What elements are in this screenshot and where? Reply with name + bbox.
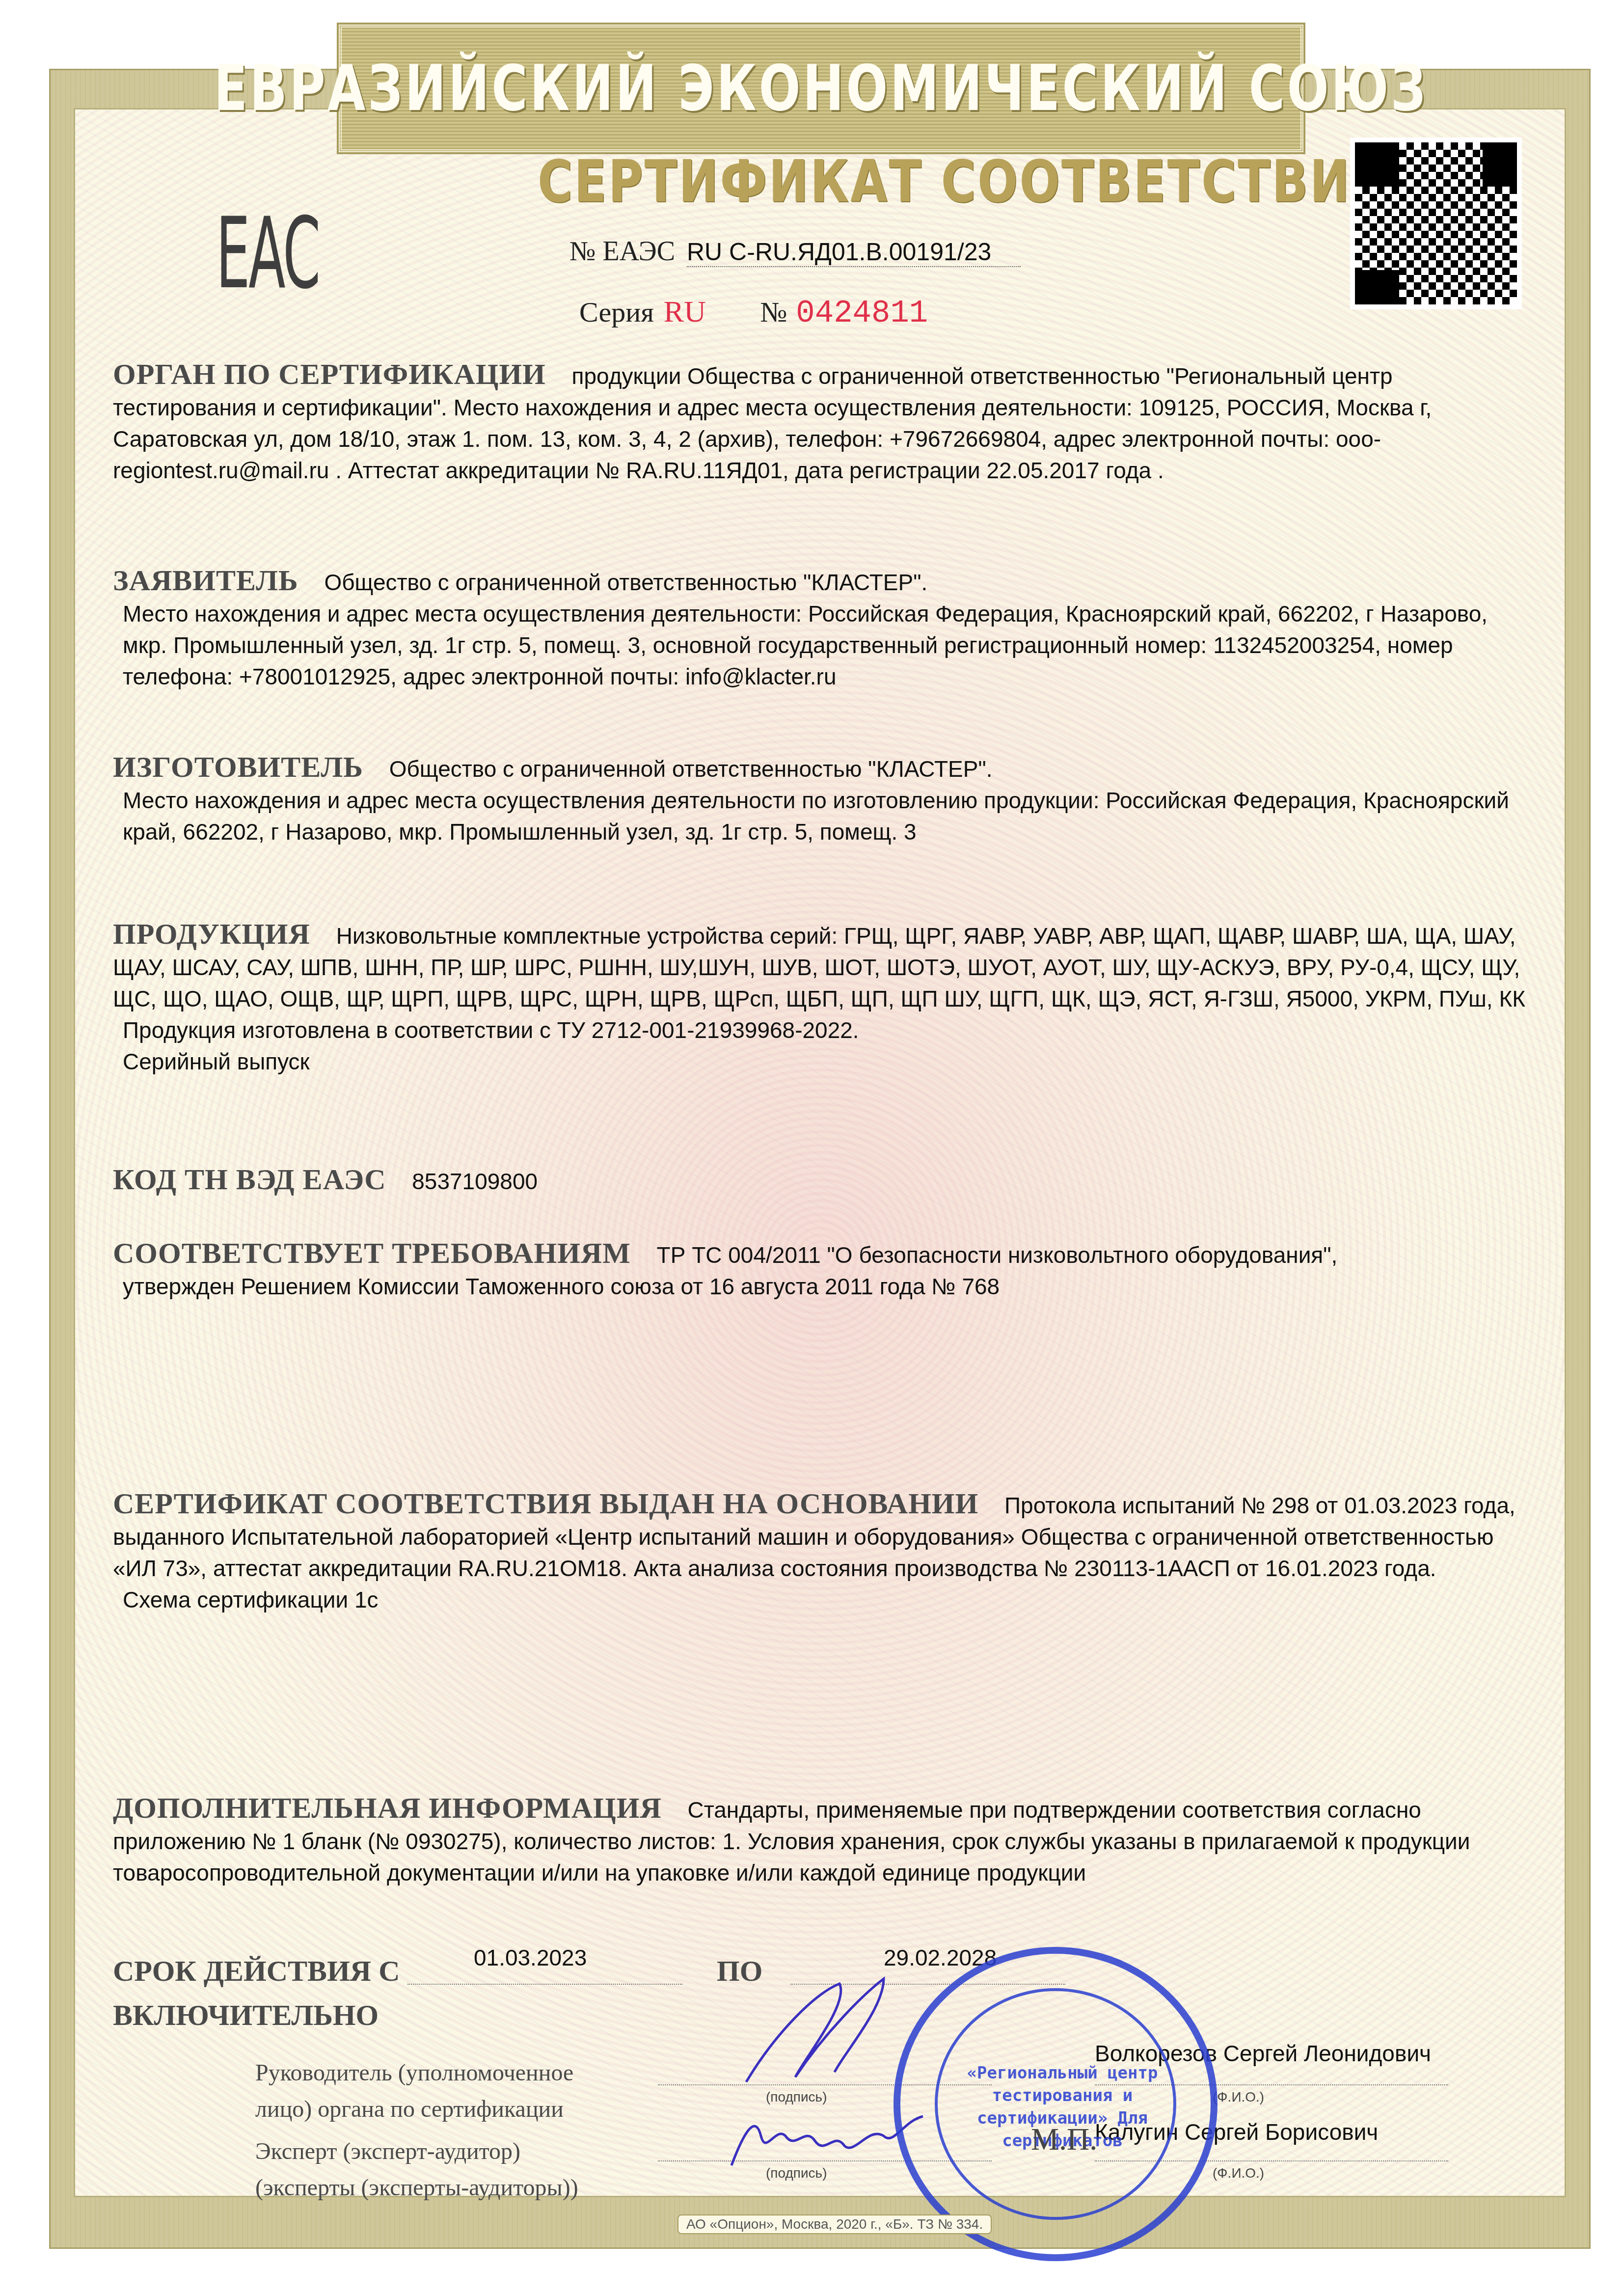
product-release: Серийный выпуск [113, 1046, 1527, 1077]
section-heading: КОД ТН ВЭД ЕАЭС [113, 1163, 386, 1196]
validity-inclusive-label: ВКЛЮЧИТЕЛЬНО [113, 1998, 379, 2032]
section-heading: ЗАЯВИТЕЛЬ [113, 564, 298, 597]
series-row: Серия RU № 0424811 [579, 295, 928, 331]
validity-from-label: СРОК ДЕЙСТВИЯ С [113, 1954, 400, 1988]
certificate-number: № ЕАЭС RU C-RU.ЯД01.В.00191/23 [569, 236, 1021, 267]
section-additional-info: ДОПОЛНИТЕЛЬНАЯ ИНФОРМАЦИЯ Стандарты, при… [113, 1792, 1527, 1888]
number-value: RU C-RU.ЯД01.В.00191/23 [687, 238, 1021, 267]
fio-caption: (Ф.И.О.) [1213, 2165, 1264, 2181]
series-label: Серия [579, 296, 654, 328]
union-banner: ЕВРАЗИЙСКИЙ ЭКОНОМИЧЕСКИЙ СОЮЗ [339, 25, 1303, 152]
section-applicant: ЗАЯВИТЕЛЬ Общество с ограниченной ответс… [113, 565, 1527, 692]
section-text: ТР ТС 004/2011 "О безопасности низковоль… [657, 1242, 1338, 1268]
expert-signatory-label: Эксперт (эксперт-аудитор) (эксперты (экс… [255, 2133, 578, 2206]
section-heading: ДОПОЛНИТЕЛЬНАЯ ИНФОРМАЦИЯ [113, 1792, 662, 1824]
validity-from-date: 01.03.2023 [474, 1944, 587, 1971]
serial-label: № [760, 296, 787, 328]
section-certification-body: ОРГАН ПО СЕРТИФИКАЦИИ продукции Общества… [113, 358, 1527, 486]
certificate-title: СЕРТИФИКАТ СООТВЕТСТВИЯ [538, 147, 1141, 215]
section-details: Место нахождения и адрес места осуществл… [113, 785, 1527, 847]
union-name: ЕВРАЗИЙСКИЙ ЭКОНОМИЧЕСКИЙ СОЮЗ [214, 52, 1428, 125]
fio-caption: (Ф.И.О.) [1213, 2089, 1264, 2105]
signature-caption: (подпись) [766, 2089, 827, 2105]
product-conformity: Продукция изготовлена в соответствии с Т… [113, 1014, 1527, 1046]
section-heading: ПРОДУКЦИЯ [113, 918, 310, 950]
certification-scheme: Схема сертификации 1с [113, 1584, 1527, 1615]
section-heading: СООТВЕТСТВУЕТ ТРЕБОВАНИЯМ [113, 1237, 631, 1269]
section-text: Низковольтные комплектные устройства сер… [113, 923, 1525, 1011]
section-heading: ИЗГОТОВИТЕЛЬ [113, 751, 363, 783]
validity-from-line [407, 1984, 682, 1985]
section-product: ПРОДУКЦИЯ Низковольтные комплектные устр… [113, 918, 1527, 1077]
qr-code-icon[interactable] [1350, 137, 1522, 309]
section-requirements: СООТВЕТСТВУЕТ ТРЕБОВАНИЯМ ТР ТС 004/2011… [113, 1237, 1527, 1302]
section-basis: СЕРТИФИКАТ СООТВЕТСТВИЯ ВЫДАН НА ОСНОВАН… [113, 1488, 1527, 1615]
section-details: Место нахождения и адрес места осуществл… [113, 598, 1527, 692]
section-heading: ОРГАН ПО СЕРТИФИКАЦИИ [113, 358, 546, 390]
section-manufacturer: ИЗГОТОВИТЕЛЬ Общество с ограниченной отв… [113, 751, 1527, 847]
seal-place-label: М.П. [1031, 2121, 1097, 2158]
section-details: утвержден Решением Комиссии Таможенного … [113, 1271, 1527, 1302]
section-heading: СЕРТИФИКАТ СООТВЕТСТВИЯ ВЫДАН НА ОСНОВАН… [113, 1487, 978, 1520]
eac-mark-icon: EAC [216, 196, 319, 311]
section-text: Общество с ограниченной ответственностью… [389, 756, 993, 782]
section-text: 8537109800 [412, 1169, 538, 1194]
section-text: Общество с ограниченной ответственностью… [324, 570, 927, 595]
serial-value: 0424811 [796, 296, 928, 331]
head-signatory-label: Руководитель (уполномоченное лицо) орган… [255, 2055, 573, 2128]
section-tn-code: КОД ТН ВЭД ЕАЭС 8537109800 [113, 1164, 1527, 1197]
series-value: RU [664, 295, 706, 329]
number-label: № ЕАЭС [569, 236, 675, 267]
printer-imprint: АО «Опцион», Москва, 2020 г., «Б». ТЗ № … [677, 2214, 992, 2234]
seal-stamp-icon: «Региональный центр тестирования и серти… [893, 1947, 1217, 2261]
